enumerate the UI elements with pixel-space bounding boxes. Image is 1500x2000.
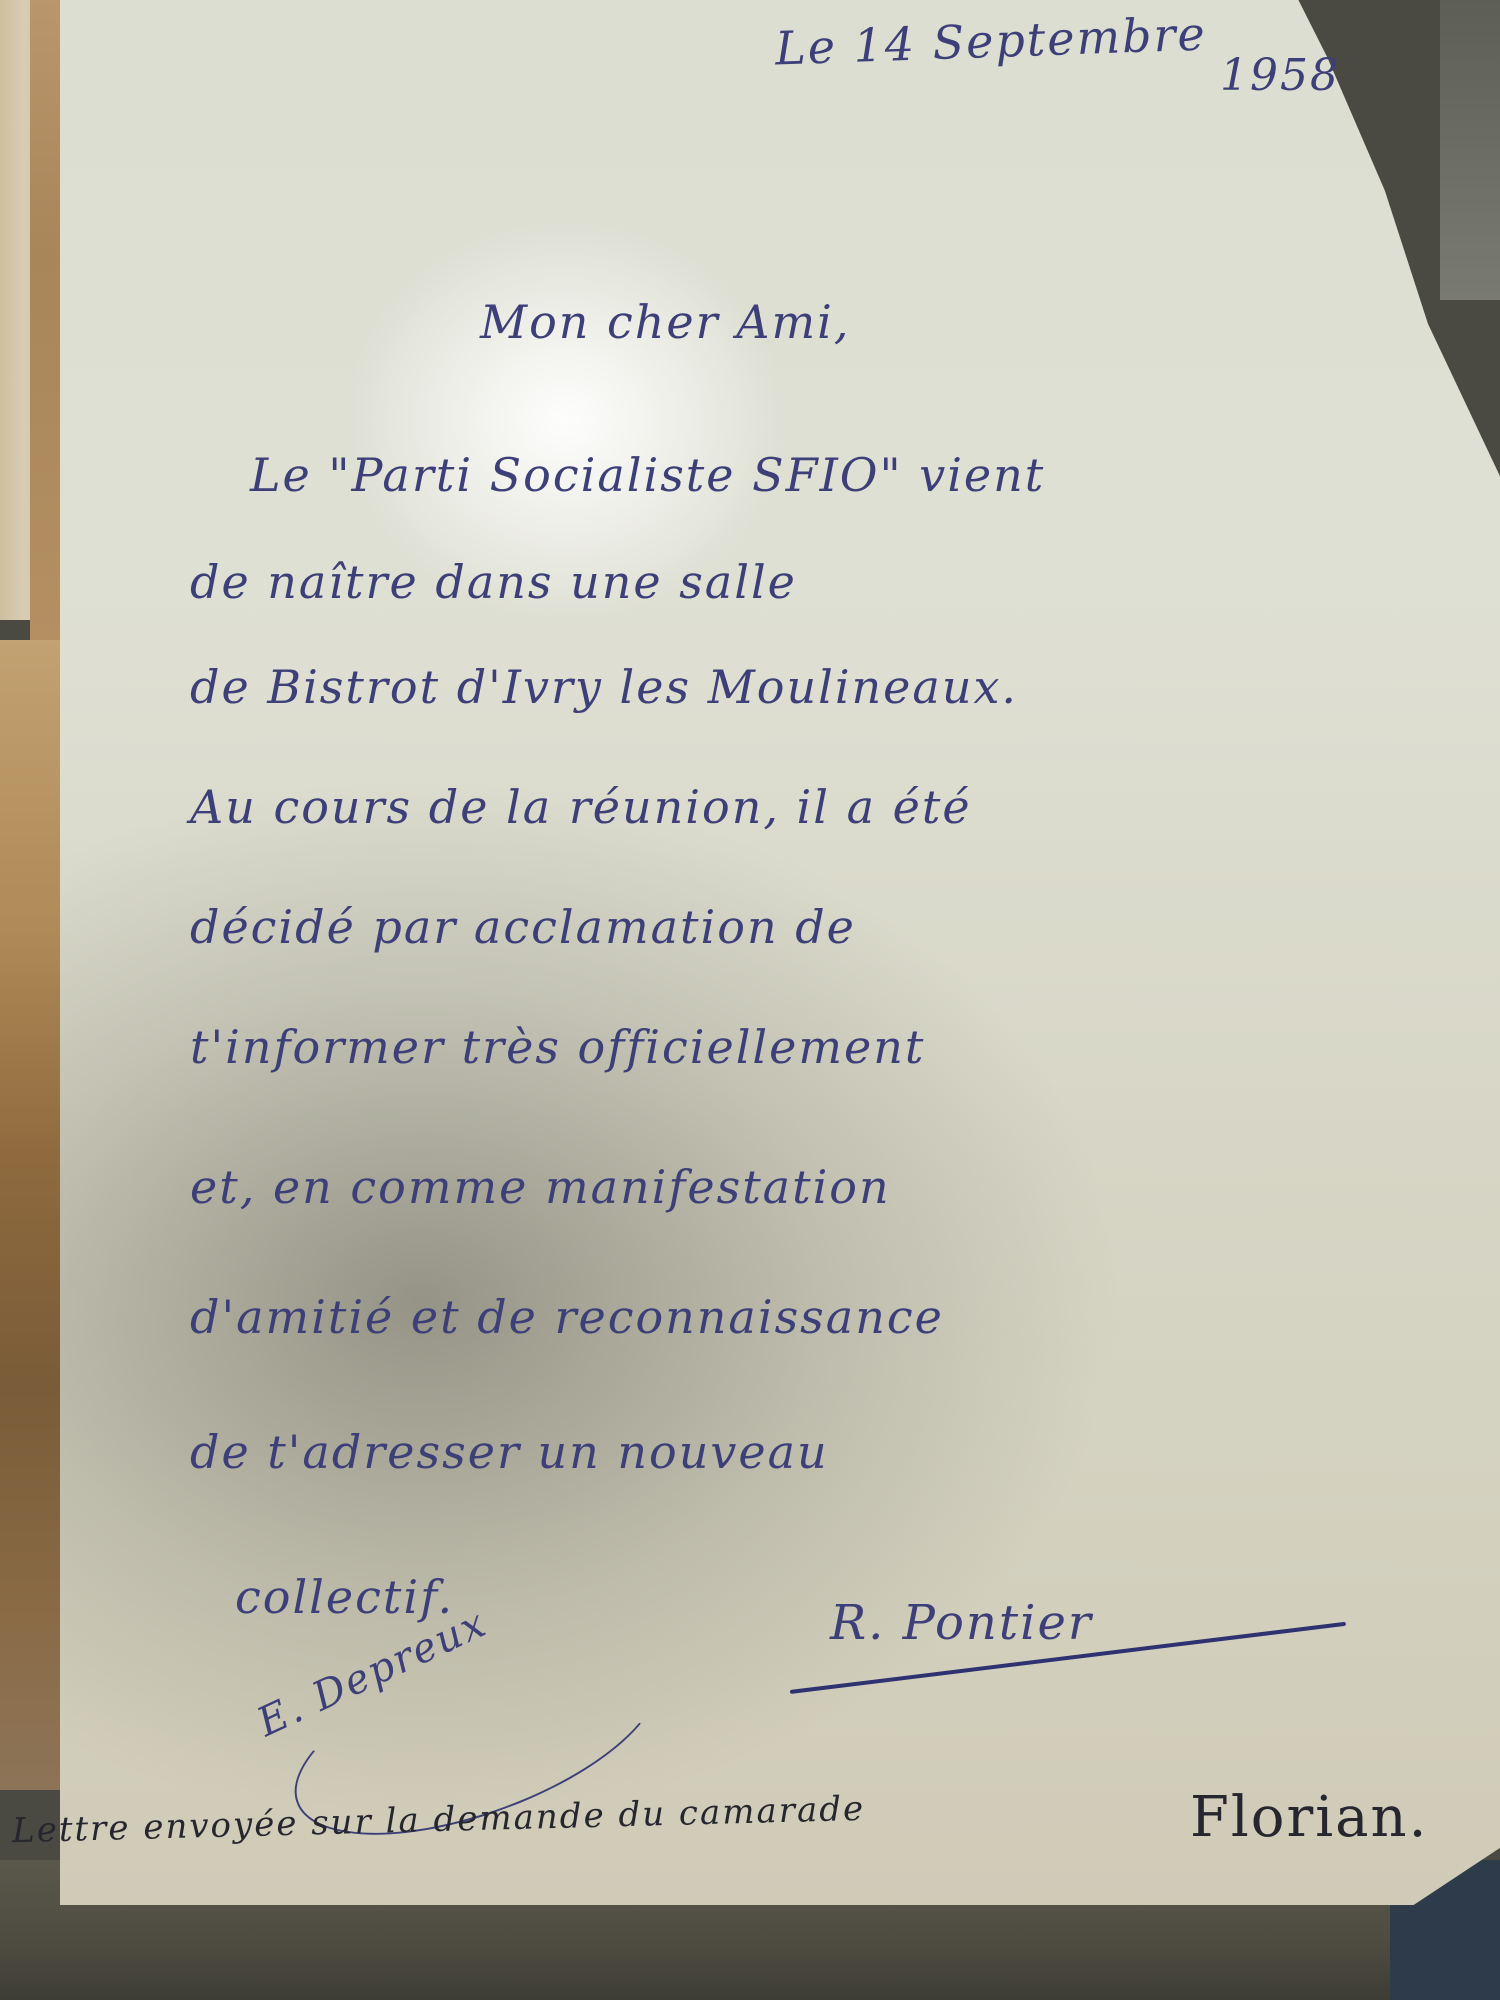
background-corner [1440, 0, 1500, 300]
body-line: collectif. [235, 1570, 454, 1624]
signature-second: R. Pontier [830, 1595, 1093, 1651]
body-line: d'amitié et de reconnaissance [190, 1290, 944, 1344]
letter-salutation: Mon cher Ami, [480, 295, 850, 349]
letter-year: 1958 [1220, 50, 1340, 101]
body-line: t'informer très officiellement [190, 1020, 925, 1074]
body-line: de naître dans une salle [190, 555, 797, 609]
body-line: de Bistrot d'Ivry les Moulineaux. [190, 660, 1018, 714]
body-line: de t'adresser un nouveau [190, 1425, 829, 1479]
body-line: Le "Parti Socialiste SFIO" vient [250, 448, 1045, 502]
footer-annotation-name: Florian. [1190, 1785, 1428, 1850]
body-line: Au cours de la réunion, il a été [190, 780, 972, 834]
body-line: et, en comme manifestation [190, 1160, 891, 1214]
body-line: décidé par acclamation de [190, 900, 856, 954]
